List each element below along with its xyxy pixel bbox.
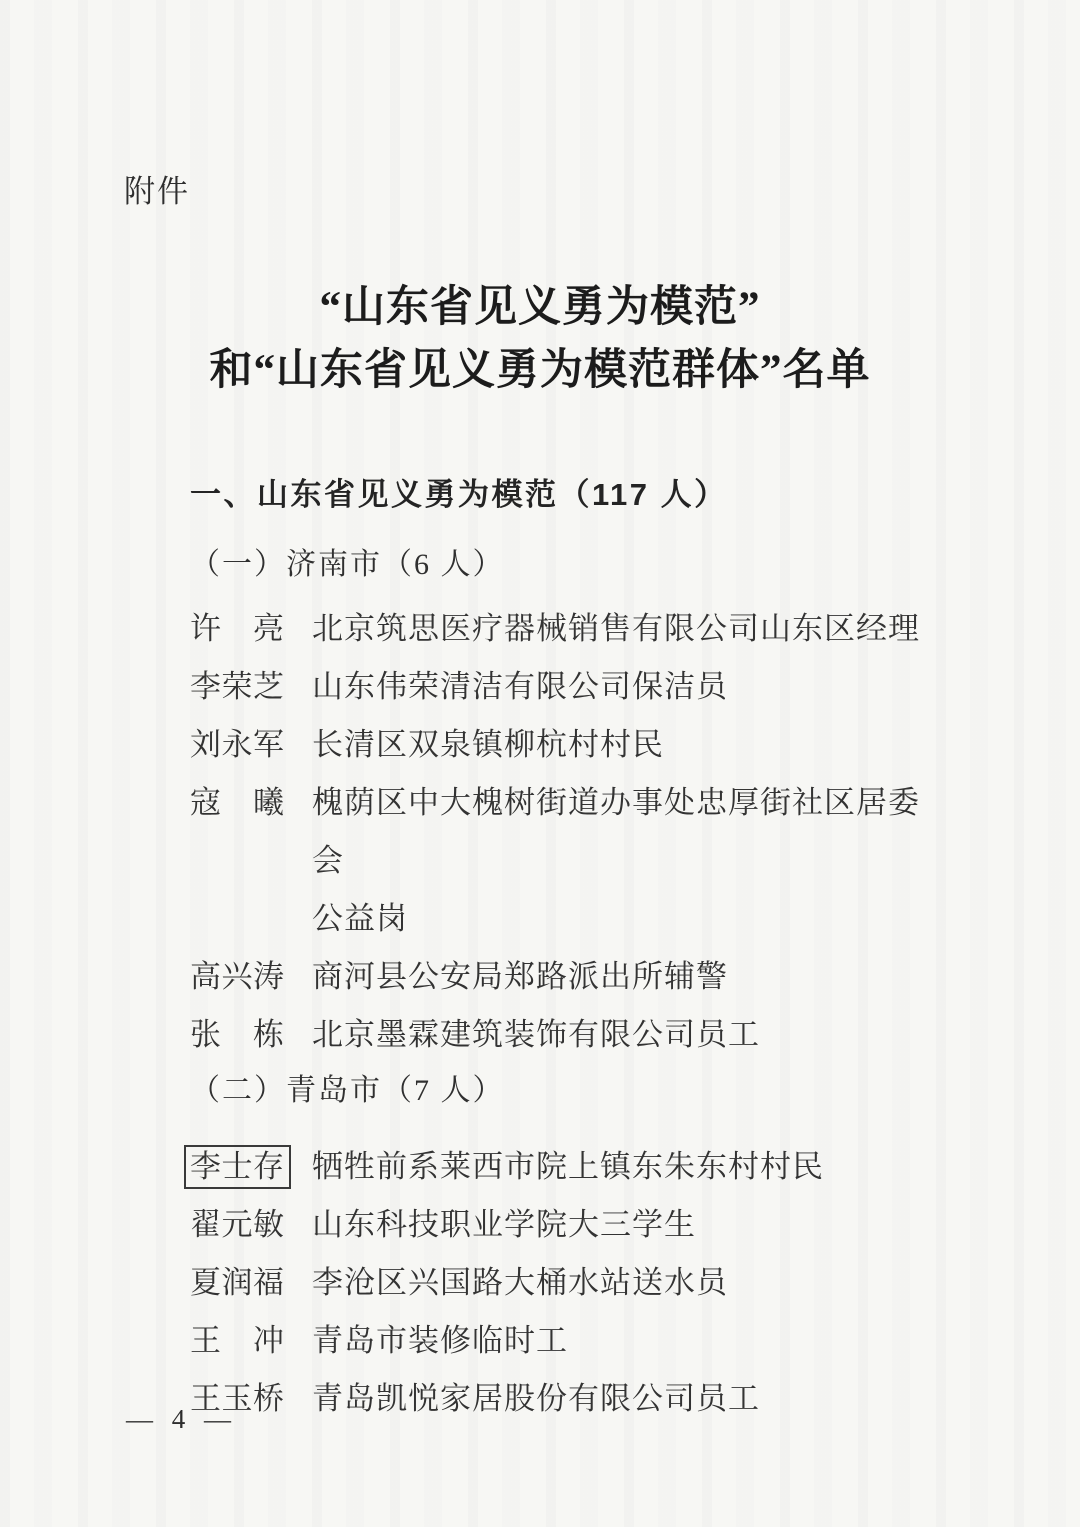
honoree-name: 李荣芝 xyxy=(190,658,292,716)
title-line-1: “山东省见义勇为模范” xyxy=(0,276,1080,339)
honoree-entry: 李士存 牺牲前系莱西市院上镇东朱东村村民 xyxy=(190,1138,940,1196)
title-line-2: 和“山东省见义勇为模范群体”名单 xyxy=(0,339,1080,402)
honoree-desc: 李沧区兴国路大桶水站送水员 xyxy=(312,1254,728,1312)
group-heading-qingdao: （二）青岛市（7 人） xyxy=(190,1064,940,1126)
honoree-name: 高兴涛 xyxy=(190,948,292,1006)
honoree-desc: 青岛凯悦家居股份有限公司员工 xyxy=(312,1370,760,1428)
group-heading-jinan: （一）济南市（6 人） xyxy=(190,538,940,600)
honoree-name: 夏润福 xyxy=(190,1254,292,1312)
honoree-desc: 长清区双泉镇柳杭村村民 xyxy=(312,716,664,774)
honoree-name: 李士存 xyxy=(190,1138,292,1196)
honoree-name: 翟元敏 xyxy=(190,1196,292,1254)
honoree-name: 许 亮 xyxy=(190,600,292,658)
honoree-name: 刘永军 xyxy=(190,716,292,774)
page-number: — 4 — xyxy=(126,1404,237,1435)
honoree-entry: 翟元敏 山东科技职业学院大三学生 xyxy=(190,1196,940,1254)
attachment-label: 附件 xyxy=(124,166,190,211)
honoree-entry: 夏润福 李沧区兴国路大桶水站送水员 xyxy=(190,1254,940,1312)
honoree-desc: 山东科技职业学院大三学生 xyxy=(312,1196,696,1254)
honoree-entry: 许 亮 北京筑思医疗器械销售有限公司山东区经理 xyxy=(190,600,940,658)
honoree-desc: 青岛市装修临时工 xyxy=(312,1312,568,1370)
honoree-desc: 牺牲前系莱西市院上镇东朱东村村民 xyxy=(312,1138,824,1196)
honoree-name: 张 栋 xyxy=(190,1006,292,1064)
honoree-desc: 山东伟荣清洁有限公司保洁员 xyxy=(312,658,728,716)
honoree-entry: 高兴涛 商河县公安局郑路派出所辅警 xyxy=(190,948,940,1006)
honoree-entry: 张 栋 北京墨霖建筑装饰有限公司员工 xyxy=(190,1006,940,1064)
document-title: “山东省见义勇为模范” 和“山东省见义勇为模范群体”名单 xyxy=(0,276,1080,402)
document-page: 附件 “山东省见义勇为模范” 和“山东省见义勇为模范群体”名单 一、山东省见义勇… xyxy=(0,0,1080,1527)
honoree-desc: 商河县公安局郑路派出所辅警 xyxy=(312,948,728,1006)
honoree-entry: 寇 曦 槐荫区中大槐树街道办事处忠厚街社区居委会 公益岗 xyxy=(190,774,940,948)
honoree-name: 王 冲 xyxy=(190,1312,292,1370)
desc-line-1: 槐荫区中大槐树街道办事处忠厚街社区居委会 xyxy=(312,774,940,890)
honoree-name: 寇 曦 xyxy=(190,774,292,832)
document-body: 一、山东省见义勇为模范（117 人） （一）济南市（6 人） 许 亮 北京筑思医… xyxy=(190,472,940,1428)
section-heading: 一、山东省见义勇为模范（117 人） xyxy=(190,472,940,538)
deceased-name-box: 李士存 xyxy=(184,1145,291,1189)
honoree-desc: 北京墨霖建筑装饰有限公司员工 xyxy=(312,1006,760,1064)
honoree-entry: 刘永军 长清区双泉镇柳杭村村民 xyxy=(190,716,940,774)
honoree-entry: 李荣芝 山东伟荣清洁有限公司保洁员 xyxy=(190,658,940,716)
honoree-desc: 槐荫区中大槐树街道办事处忠厚街社区居委会 公益岗 xyxy=(312,774,940,948)
desc-line-2: 公益岗 xyxy=(312,890,940,948)
honoree-entry: 王 冲 青岛市装修临时工 xyxy=(190,1312,940,1370)
honoree-desc: 北京筑思医疗器械销售有限公司山东区经理 xyxy=(312,600,920,658)
honoree-entry: 王玉桥 青岛凯悦家居股份有限公司员工 xyxy=(190,1370,940,1428)
